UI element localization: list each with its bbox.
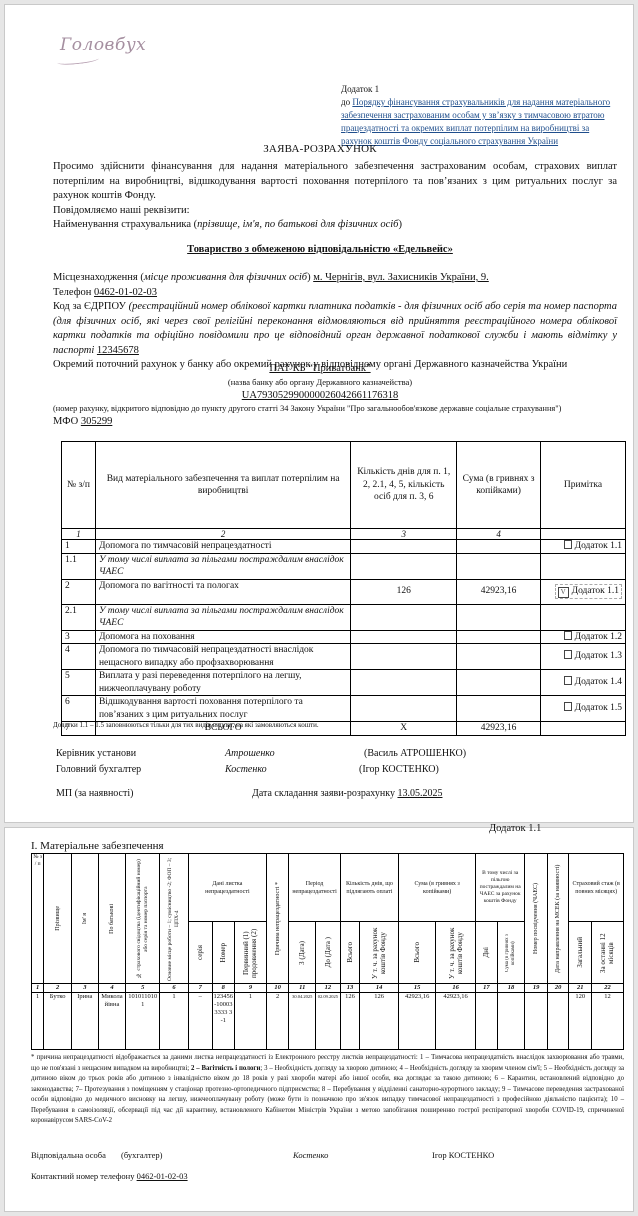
header-group: Період непрацездатності [289,854,340,922]
edrpou-value: 12345678 [97,345,139,356]
days-count [351,670,457,696]
header-cell: Дата направлення на МСЕК (за наявності) [554,855,562,983]
total-amount: 42923,16 [457,722,541,736]
golovbukh-logo: Головбух [60,35,146,55]
date-value: 13.05.2025 [397,788,442,799]
header-cell: Прізвище [54,906,62,931]
date-line: Дата складання заяви-розрахунку 13.05.20… [252,788,442,799]
row-number: 2 [62,579,96,604]
row-number: 1.1 [62,553,96,579]
note-cell: Додаток 1.5 [541,696,626,722]
edrpou-line: Код за ЄДРПОУ (реєстраційний номер облік… [53,300,617,358]
row-number: 3 [62,630,96,644]
location-line: Місцезнаходження (місце проживання для ф… [53,271,617,286]
annex-label: Додаток 1.1 [575,541,622,551]
payment-type: Допомога по вагітності та пологах [95,579,350,604]
cell: 42923,16 [436,993,476,1050]
section-title: І. Матеріальне забезпечення [31,840,164,852]
signature: Атрошенко [225,746,275,762]
cell: – [188,993,212,1050]
header-cell: Сума (в гривнях з копійками) [457,442,541,529]
annex-label: Додаток 1.3 [575,651,622,661]
row-number: 6 [62,696,96,722]
column-number-row: 12345678910111213141516171819202122 [32,984,624,993]
signature-row-director: Керівник установи Атрошенко (Василь АТРО… [56,746,556,762]
table-note: Додатки 1.1 – 1.5 заповнюються тільки дл… [53,721,319,729]
table-row: 6Відшкодування вартості поховання потерп… [62,696,626,722]
cell [547,993,569,1050]
bank-caption: (назва банку або органу Державного казна… [5,377,635,387]
amount [457,540,541,554]
header-cell: Номер посвідчення (ЧАЕС) [532,883,540,954]
mfo-line: МФО 305299 [53,415,112,430]
header-group: Дані листка непрацездатності [188,854,266,922]
payment-type: Допомога на поховання [95,630,350,644]
row-number: 1 [62,540,96,554]
days-count [351,540,457,554]
cell [476,993,498,1050]
header-cell: Примітка [541,442,626,529]
table-row: 4Допомога по тимчасовій непрацездатності… [62,644,626,670]
table-row: 5Виплата у разі переведення потерпілого … [62,670,626,696]
cell: 126 [360,993,399,1050]
document-title: ЗАЯВА-РОЗРАХУНОК [1,143,638,155]
cell: Миколайівна [98,993,126,1050]
payment-type: Виплата у разі переведення потерпілого н… [95,670,350,696]
row-number: 2.1 [62,604,96,630]
days-count [351,644,457,670]
annex-reference: Додаток 1 до Порядку фінансування страху… [341,83,621,148]
payment-type: Допомога по тимчасовій непрацездатності … [95,644,350,670]
payment-type: У тому числі виплата за пільгами постраж… [95,553,350,579]
checkbox-icon[interactable] [564,676,572,685]
header-cell: Причина непрацездатності * [274,882,282,955]
cell [497,993,525,1050]
note-cell: Додаток 1.3 [541,644,626,670]
annex-title-1-1: Додаток 1.1 [489,822,541,836]
signature: Костенко [225,762,267,778]
note-cell: Додаток 1.2 [541,630,626,644]
payments-table: № з/п Вид матеріального забезпечення та … [61,441,626,736]
cell: 126 [340,993,359,1050]
checkbox-icon[interactable] [564,631,572,640]
cell: 2 [266,993,289,1050]
annex-checkbox[interactable]: Додаток 1.3 [564,651,622,661]
cause-footnote: * причина непрацездатності відображаєтьс… [31,1053,624,1127]
procedure-link[interactable]: Порядку фінансування страхувальників для… [341,97,610,146]
annex-prefix: до [341,97,350,107]
cell: 30.04.2025 [289,993,316,1050]
document-page-1: Головбух Додаток 1 до Порядку фінансуван… [4,4,634,823]
row-number: 5 [62,670,96,696]
table-header-row: № з / п Прізвище Ім' я По батькові № стр… [32,854,624,922]
note-cell [541,604,626,630]
header-cell: По батькові [108,904,116,934]
table-row: 1Допомога по тимчасовій непрацездатності… [62,540,626,554]
intro-text: Просимо здійснити фінансування для надан… [53,160,617,204]
header-cell: Вид матеріального забезпечення та виплат… [95,442,350,529]
payment-type: Відшкодування вартості поховання потерпі… [95,696,350,722]
table-row: 1.1У тому числі виплата за пільгами пост… [62,553,626,579]
iban-value: UA793052990000026042661176318 [5,390,635,401]
checkbox-icon[interactable] [564,650,572,659]
table-row: 2.1У тому числі виплата за пільгами пост… [62,604,626,630]
annex-checkbox[interactable]: Додаток 1.4 [564,677,622,687]
amount: 42923,16 [457,579,541,604]
annex-title: Додаток 1 [341,83,621,96]
amount [457,604,541,630]
iban-caption: (номер рахунку, відкритого відповідно до… [53,404,561,413]
amount [457,553,541,579]
details-label: Повідомляємо наші реквізити: [53,204,617,219]
cell: 1 [32,993,44,1050]
header-cell: Кількість днів для п. 1, 2, 2.1, 4, 5, к… [351,442,457,529]
checkbox-icon[interactable] [564,540,572,549]
intro-block: Просимо здійснити фінансування для надан… [53,160,617,233]
amount [457,670,541,696]
cell: 12 [591,993,623,1050]
table-row: 3Допомога на похованняДодаток 1.2 [62,630,626,644]
cell: 42923,16 [399,993,436,1050]
checkbox-icon[interactable] [564,702,572,711]
material-support-table: № з / п Прізвище Ім' я По батькові № стр… [31,853,624,1050]
stamp-label: МП (за наявності) [56,788,133,799]
table-row: 2Допомога по вагітності та пологах126429… [62,579,626,604]
mfo-value: 305299 [81,416,113,427]
cell: 1 [235,993,267,1050]
header-group: В тому числі за пільгою постраждалим на … [476,854,525,922]
header-group: Страховий стаж (в повних місяцях) [569,854,624,922]
note-cell [541,553,626,579]
days-count [351,696,457,722]
row-number: 4 [62,644,96,670]
days-count [351,604,457,630]
header-group: Сума (в гривнях з копійками) [399,854,476,922]
header-group: Кількість днів, що підлягають оплаті [340,854,398,922]
header-cell: Основне місце роботи – 1; сумісництво -2… [167,855,181,983]
insurer-name: Товариство з обмеженою відповідальністю … [5,243,635,258]
annex-label: Додаток 1.5 [575,703,622,713]
annex-checkbox[interactable]: Додаток 1.2 [564,632,622,642]
contact-phone-value: 0462-01-02-03 [137,1171,188,1181]
signature: Костенко [293,1150,328,1160]
days-count: Х [351,722,457,736]
cell: 120 [569,993,592,1050]
annex-checkbox[interactable]: Додаток 1.1 [564,541,622,551]
location-value: м. Чернігів, вул. Захисників України, 9. [313,272,489,283]
days-count [351,630,457,644]
payment-type: У тому числі виплата за пільгами постраж… [95,604,350,630]
cell: Бутко [44,993,72,1050]
phone-line: Телефон 0462-01-02-03 [53,286,617,301]
cell: 1 [160,993,189,1050]
note-cell: Додаток 1.4 [541,670,626,696]
header-cell: № з/п [62,442,96,529]
table-row: 1БуткоІринаМиколайівна10101101011–123456… [32,993,624,1050]
cell: Ірина [71,993,98,1050]
cell: 1010110101 [126,993,160,1050]
amount [457,644,541,670]
cell [525,993,548,1050]
header-cell: Ім' я [81,913,89,924]
note-cell [541,722,626,736]
annex-checkbox[interactable]: VДодаток 1.1 [555,584,622,599]
note-cell: VДодаток 1.1 [541,579,626,604]
signature-row-accountant: Головний бухгалтер Костенко (Ігор КОСТЕН… [56,762,556,778]
note-cell: Додаток 1.1 [541,540,626,554]
payment-type: Допомога по тимчасовій непрацездатності [95,540,350,554]
annex-label: Додаток 1.1 [572,586,619,596]
annex-label: Додаток 1.2 [575,632,622,642]
amount [457,630,541,644]
column-number-row: 1 2 3 4 [62,529,626,540]
header-cell: № з / п [32,854,44,984]
header-cell: № страхового свідоцтва (ідентифікаційний… [136,855,150,983]
logo-swoosh-icon [57,55,100,66]
signatures-block: Керівник установи Атрошенко (Василь АТРО… [56,746,556,778]
days-count: 126 [351,579,457,604]
checkbox-checked-icon[interactable]: V [558,587,569,598]
phone-value: 0462-01-02-03 [94,287,157,298]
days-count [351,553,457,579]
cell: 02.09.2025 [316,993,341,1050]
cell: 123456-100033333 3-1 [212,993,235,1050]
table-header-row: № з/п Вид матеріального забезпечення та … [62,442,626,529]
annex-checkbox[interactable]: Додаток 1.5 [564,703,622,713]
requisites-block: Місцезнаходження (місце проживання для ф… [53,271,617,373]
annex-label: Додаток 1.4 [575,677,622,687]
bank-name: ПАТ КБ “Приватбанк” [5,363,635,374]
insurer-label: Найменування страхувальника (прізвище, і… [53,218,617,233]
amount [457,696,541,722]
contact-phone-line: Контактний номер телефону 0462-01-02-03 [31,1171,188,1181]
responsible-person-line: Відповідальна особа (бухгалтер) Костенко… [31,1150,621,1164]
